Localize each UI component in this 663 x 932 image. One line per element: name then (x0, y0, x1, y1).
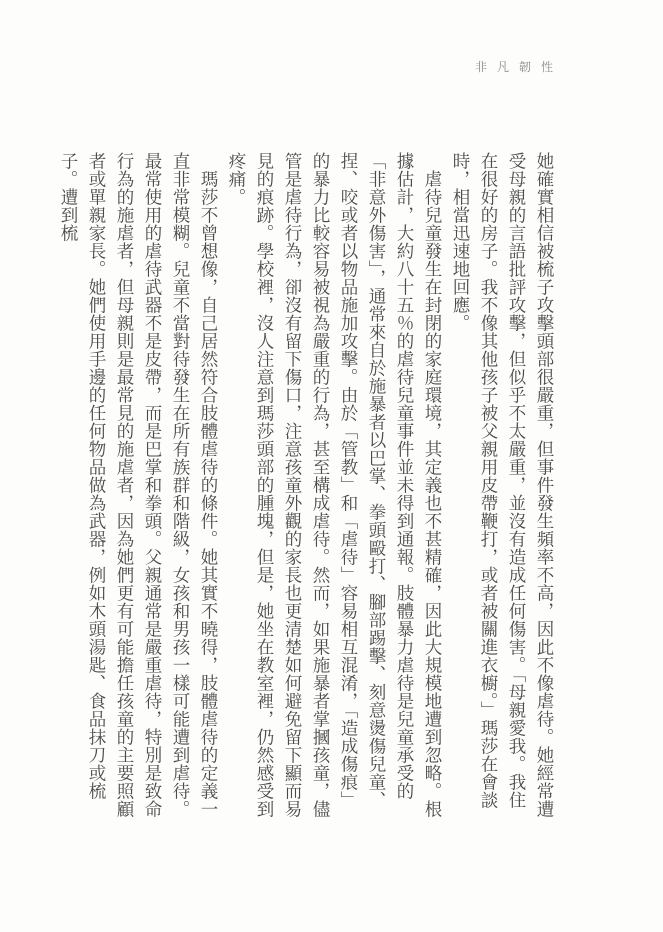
paragraph-2: 虐待兒童發生在封閉的家庭環境，其定義也不甚精確，因此大規模地遭到忽略。根據估計，… (223, 152, 447, 820)
paragraph-1: 她確實相信被梳子攻擊頭部很嚴重，但事件發生頻率不高，因此不像虐待。她經常遭受母親… (447, 152, 559, 820)
body-text-block: 她確實相信被梳子攻擊頭部很嚴重，但事件發生頻率不高，因此不像虐待。她經常遭受母親… (55, 152, 559, 820)
running-head: 非凡韌性 (475, 58, 563, 75)
book-page: 非凡韌性 她確實相信被梳子攻擊頭部很嚴重，但事件發生頻率不高，因此不像虐待。她經… (0, 0, 663, 932)
paragraph-3: 瑪莎不曾想像，自己居然符合肢體虐待的條件。她其實不曉得，肢體虐待的定義一直非常模… (55, 152, 223, 820)
